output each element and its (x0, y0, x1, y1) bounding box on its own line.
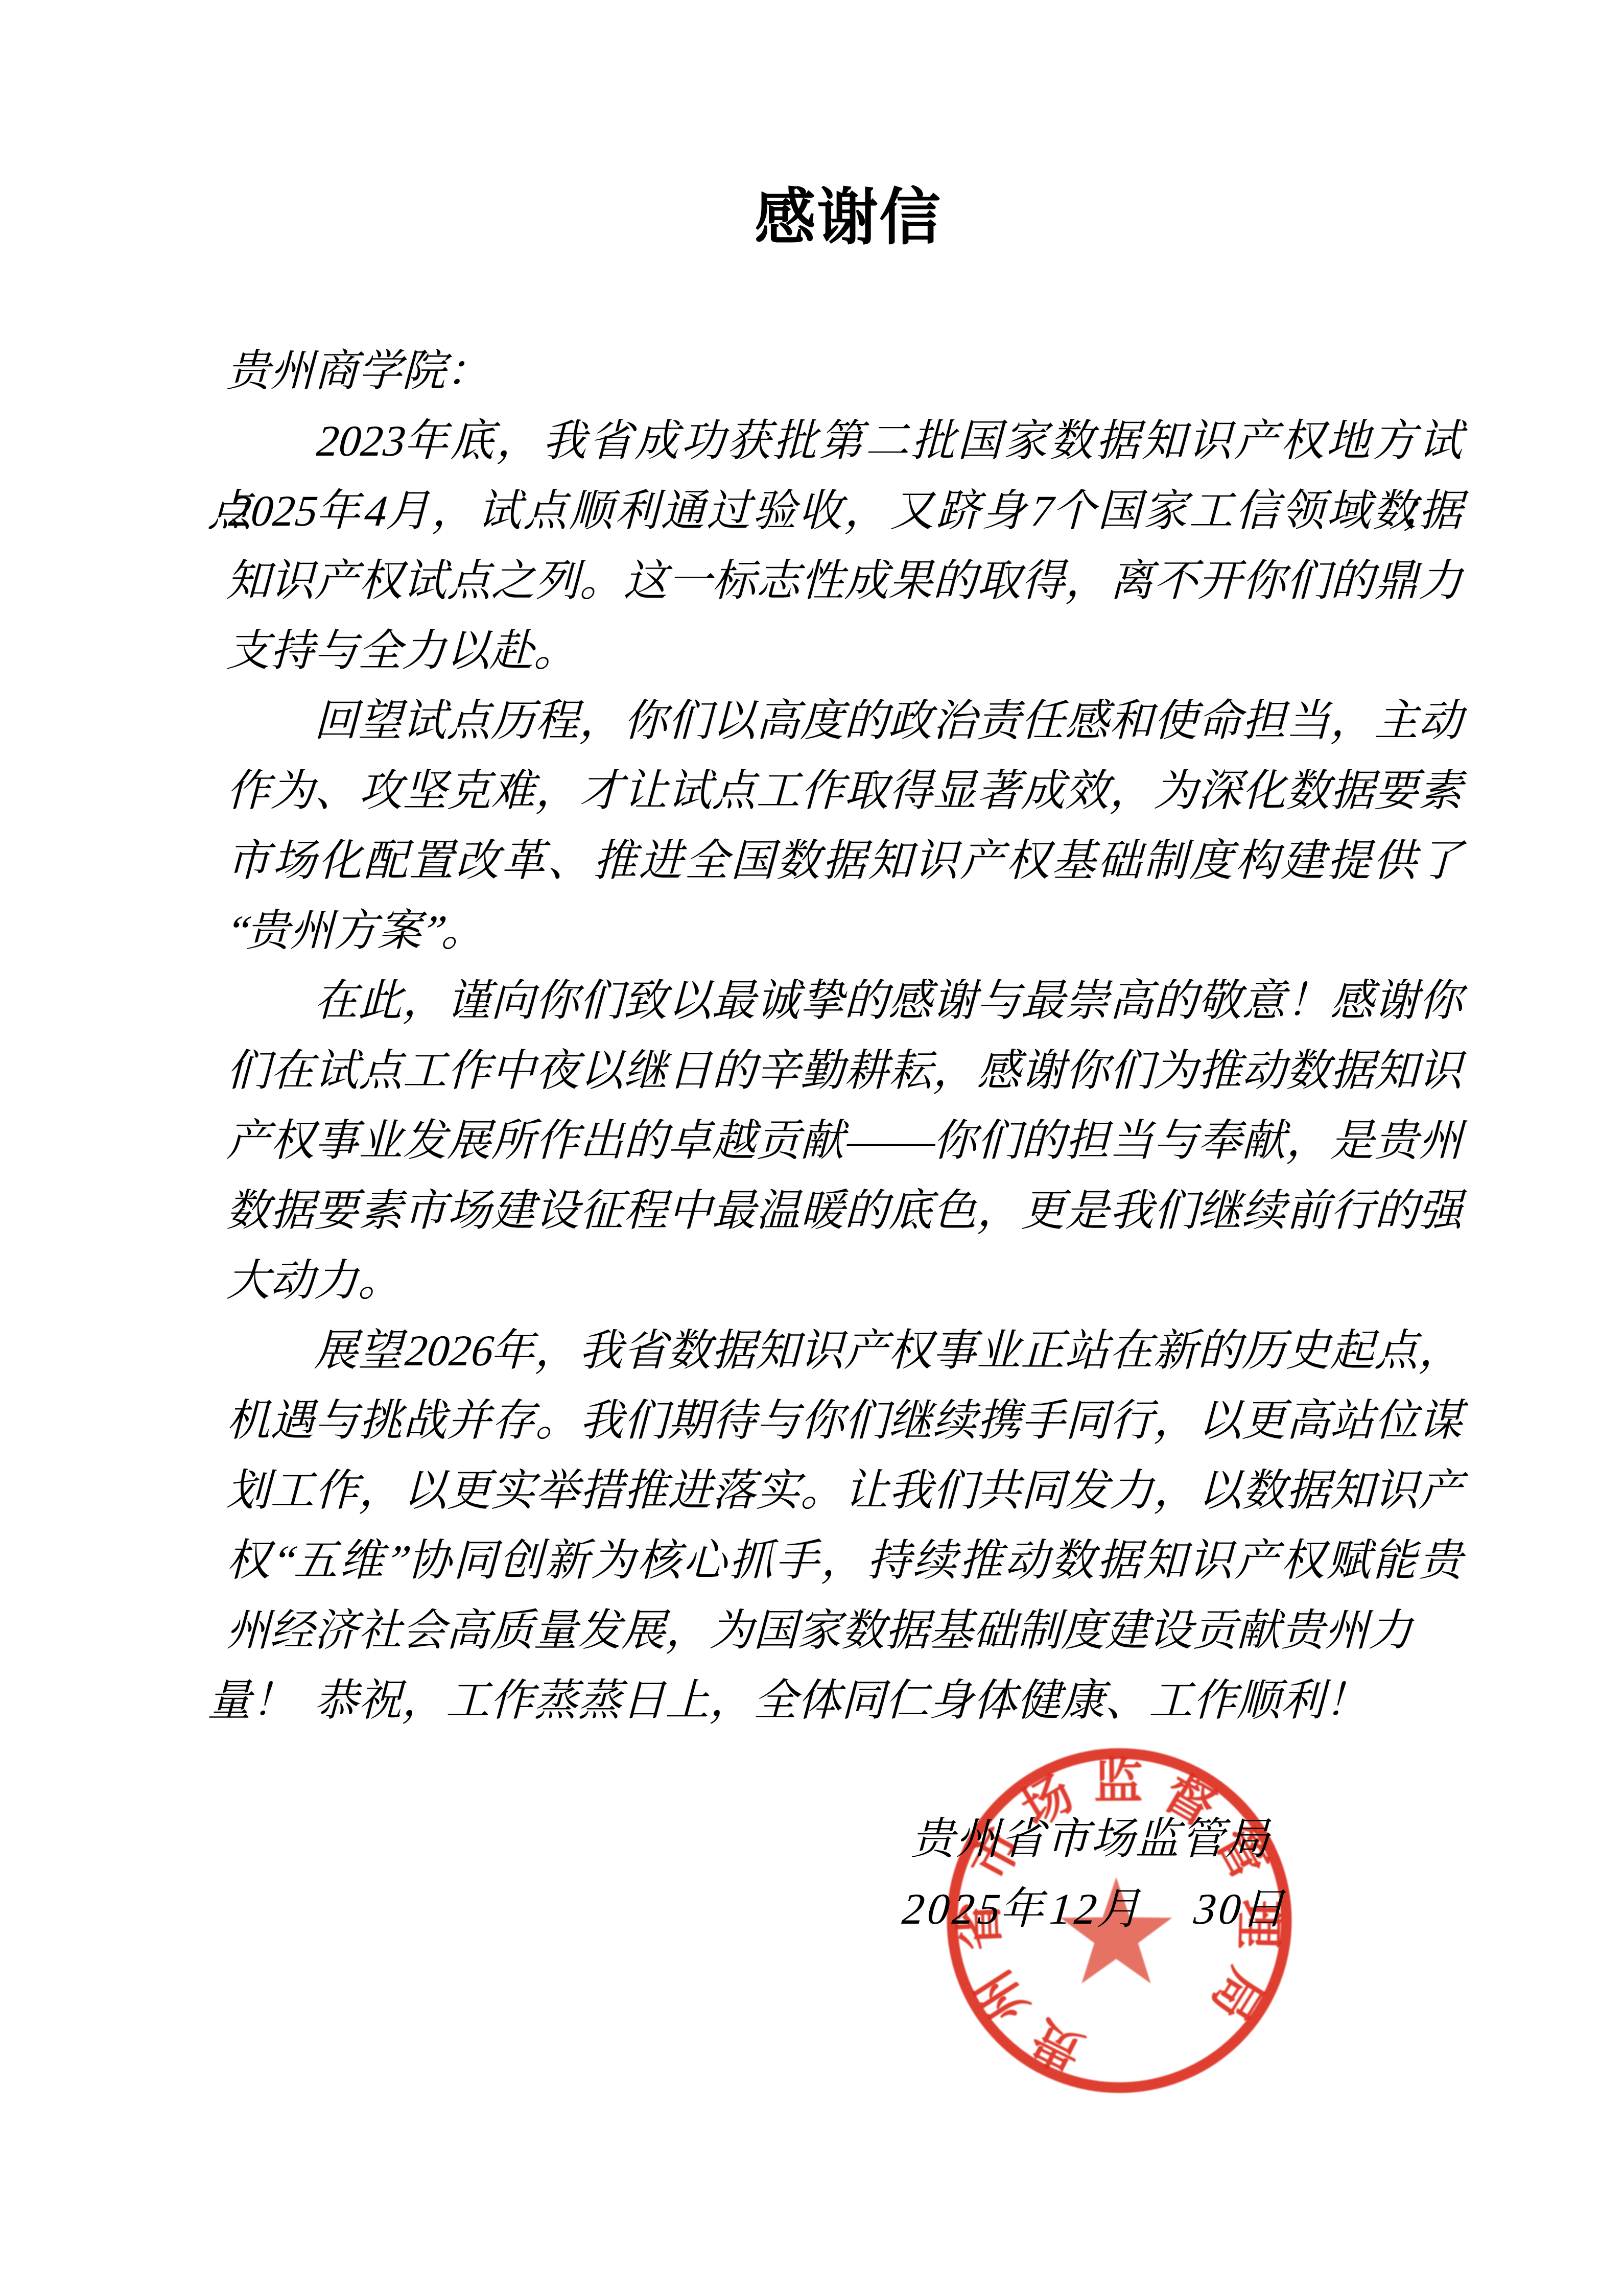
body-line: 市场化配置改革、推进全国数据知识产权基础制度构建提供了 (221, 826, 1476, 896)
body-line: 大动力。 (221, 1246, 1476, 1316)
body-line: 机遇与挑战并存。我们期待与你们继续携手同行，以更高站位谋 (221, 1386, 1476, 1456)
body-line: 权“五维”协同创新为核心抓手，持续推动数据知识产权赋能贵 (221, 1526, 1476, 1596)
body-line: 数据要素市场建设征程中最温暖的底色，更是我们继续前行的强 (221, 1176, 1476, 1246)
body-line: 知识产权试点之列。这一标志性成果的取得，离不开你们的鼎力 (221, 546, 1476, 616)
signature-organization: 贵州省市场监管局 (905, 1804, 1284, 1874)
body-line: 2025年4月，试点顺利通过验收，又跻身7个国家工信领域数据 (221, 476, 1476, 546)
body-line: 支持与全力以赴。 (221, 616, 1476, 686)
body-line: 展望2026年，我省数据知识产权事业正站在新的历史起点， (221, 1316, 1476, 1386)
letter-title: 感谢信 (230, 183, 1466, 253)
body-line: “贵州方案”。 (221, 896, 1476, 966)
body-line: 作为、攻坚克难，才让试点工作取得显著成效，为深化数据要素 (221, 756, 1476, 826)
body-line: 回望试点历程，你们以高度的政治责任感和使命担当，主动 (221, 686, 1476, 756)
body-line: 产权事业发展所作出的卓越贡献——你们的担当与奉献，是贵州 (221, 1106, 1476, 1176)
body-line: 们在试点工作中夜以继日的辛勤耕耘，感谢你们为推动数据知识 (221, 1036, 1476, 1106)
letter-body: 贵州商学院： 2023年底，我省成功获批第二批国家数据知识产权地方试点；2025… (230, 336, 1466, 1736)
body-line: 划工作，以更实举措推进落实。让我们共同发力，以数据知识产 (221, 1456, 1476, 1526)
body-line: 2023年底，我省成功获批第二批国家数据知识产权地方试点； (221, 406, 1476, 476)
body-line: 恭祝，工作蒸蒸日上，全体同仁身体健康、工作顺利！ (221, 1666, 1476, 1736)
body-line: 在此，谨向你们致以最诚挚的感谢与最崇高的敬意！感谢你 (221, 966, 1476, 1036)
letter-page: 感谢信 贵州商学院： 2023年底，我省成功获批第二批国家数据知识产权地方试点；… (0, 0, 1624, 2294)
salutation: 贵州商学院： (221, 336, 1476, 406)
paragraphs: 2023年底，我省成功获批第二批国家数据知识产权地方试点；2025年4月，试点顺… (230, 406, 1466, 1736)
body-line: 州经济社会高质量发展，为国家数据基础制度建设贡献贵州力量！ (221, 1596, 1476, 1666)
signature-date: 2025年12月 30日 (894, 1874, 1301, 1944)
